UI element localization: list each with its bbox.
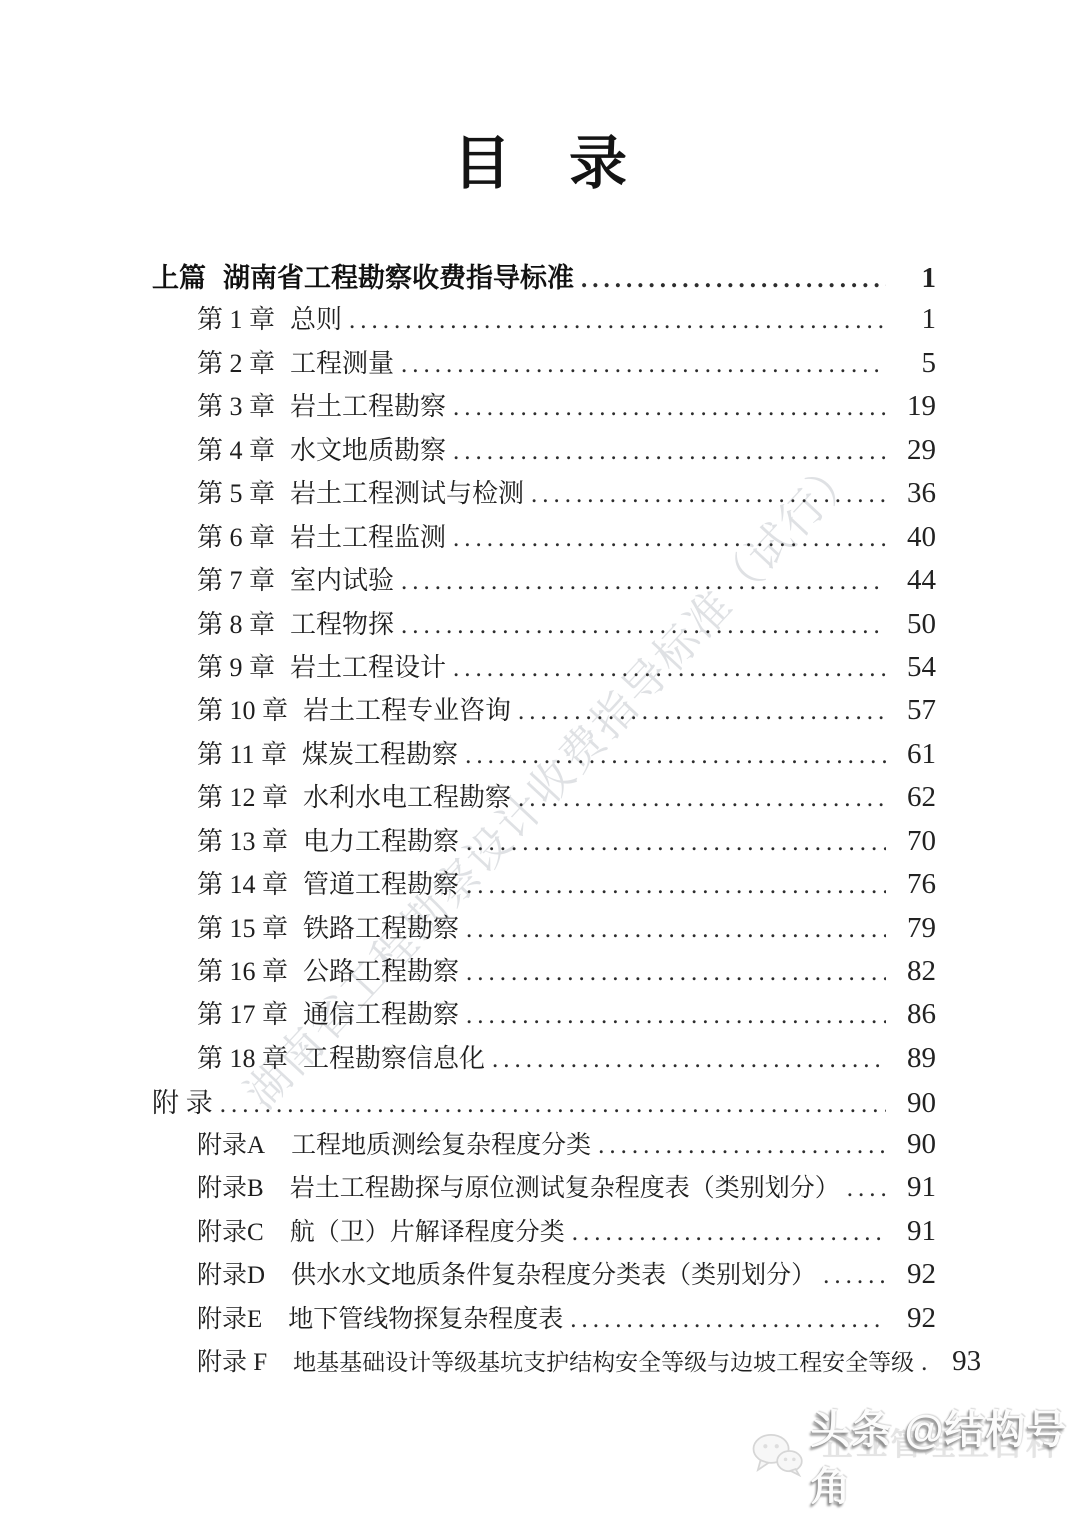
toc-entry-prefix: 附录A — [197, 1125, 265, 1161]
toc-entry-prefix: 第 14 章 — [197, 864, 288, 901]
toc-entry-title: 水利水电工程勘察 — [303, 777, 511, 814]
dot-leader — [466, 959, 886, 987]
badge-row: 头条 @结构号角 — [750, 1398, 1072, 1512]
dot-leader — [823, 1262, 886, 1290]
dot-leader — [401, 351, 886, 379]
toc-entry-prefix: 附录D — [197, 1255, 265, 1291]
toc-entry-page: 91 — [894, 1215, 936, 1248]
toc-entry-page: 76 — [894, 868, 936, 901]
toc-entry-title: 煤炭工程勘察 — [302, 734, 458, 771]
badge-text: 头条 @结构号角 — [810, 1398, 1072, 1512]
dot-leader — [570, 1306, 886, 1334]
toc-entry-prefix: 附录E — [197, 1299, 262, 1335]
toc-entry-title: 工程地质测绘复杂程度分类 — [291, 1125, 591, 1161]
toc-entry-prefix: 附录B — [197, 1168, 264, 1204]
toc-entry-title: 总则 — [290, 299, 342, 336]
toc-entry-prefix: 第 5 章 — [197, 473, 275, 510]
toc-entry-page: 29 — [894, 434, 936, 467]
dot-leader — [349, 307, 886, 335]
toc-entry-page: 1 — [894, 262, 936, 295]
toc-entry: 第 6 章 岩土工程监测 40 — [152, 517, 936, 560]
toc-entry: 附录B 岩土工程勘探与原位测试复杂程度表（类别划分） 91 — [152, 1168, 936, 1211]
toc-entry-prefix: 第 4 章 — [197, 430, 275, 467]
dot-leader — [401, 612, 886, 640]
toc-entry-title: 岩土工程测试与检测 — [290, 473, 524, 510]
dot-leader — [598, 1132, 886, 1160]
toc-entry-prefix: 附录C — [197, 1212, 264, 1248]
toc-entry-title: 岩土工程监测 — [290, 517, 446, 554]
toc-entry: 第 1 章 总则 1 — [152, 299, 936, 342]
dot-leader — [220, 1091, 886, 1119]
toc-entry-page: 82 — [894, 955, 936, 988]
dot-leader — [453, 655, 886, 683]
toc-entry-title: 岩土工程勘察 — [290, 386, 446, 423]
toc-entry: 第 15 章 铁路工程勘察 79 — [152, 908, 936, 951]
toc-entry: 第 9 章 岩土工程设计 54 — [152, 647, 936, 690]
dot-leader — [401, 568, 886, 596]
toc-entry-prefix: 第 3 章 — [197, 386, 275, 423]
dot-leader — [492, 1046, 886, 1074]
toc-entry-prefix: 第 18 章 — [197, 1038, 288, 1075]
toc-entry-prefix: 附 录 — [152, 1081, 213, 1120]
toc-entry-title: 岩土工程专业咨询 — [303, 690, 511, 727]
dot-leader — [572, 1219, 886, 1247]
toc-entry-title: 供水水文地质条件复杂程度分类表（类别划分） — [291, 1255, 816, 1291]
toc-entry-page: 1 — [894, 303, 936, 336]
dot-leader — [847, 1175, 886, 1203]
toc-entry: 附录A 工程地质测绘复杂程度分类 90 — [152, 1125, 936, 1168]
toc-list: 上篇 湖南省工程勘察收费指导标准 1 第 1 章 总则 1 第 2 章 工程测量… — [152, 256, 936, 1385]
toc-entry-page: 57 — [894, 694, 936, 727]
toc-entry-prefix: 第 7 章 — [197, 560, 275, 597]
dot-leader — [466, 872, 886, 900]
toc-entry-prefix: 第 17 章 — [197, 994, 288, 1031]
toc-entry: 附录 F 地基基础设计等级基坑支护结构安全等级与边坡工程安全等级 93 — [152, 1342, 936, 1385]
toc-entry: 第 12 章 水利水电工程勘察 62 — [152, 777, 936, 820]
toc-entry: 第 11 章 煤炭工程勘察 61 — [152, 734, 936, 777]
toc-entry: 附录D 供水水文地质条件复杂程度分类表（类别划分） 92 — [152, 1255, 936, 1298]
toc-entry-prefix: 第 6 章 — [197, 517, 275, 554]
toc-entry-title: 室内试验 — [290, 560, 394, 597]
wechat-icon — [750, 1429, 804, 1481]
toc-entry-prefix: 上篇 — [152, 256, 206, 295]
toc-entry-page: 90 — [894, 1087, 936, 1120]
toc-entry: 第 8 章 工程物探 50 — [152, 604, 936, 647]
toc-entry: 第 3 章 岩土工程勘察 19 — [152, 386, 936, 429]
toc-entry-prefix: 第 15 章 — [197, 908, 288, 945]
toc-entry: 第 4 章 水文地质勘察 29 — [152, 430, 936, 473]
toc-entry: 第 7 章 室内试验 44 — [152, 560, 936, 603]
toc-entry: 附录C 航（卫）片解译程度分类 91 — [152, 1212, 936, 1255]
toc-entry-prefix: 第 10 章 — [197, 690, 288, 727]
dot-leader — [453, 438, 886, 466]
toc-entry-page: 5 — [894, 347, 936, 380]
toc-entry: 第 10 章 岩土工程专业咨询 57 — [152, 690, 936, 733]
dot-leader — [466, 1002, 886, 1030]
toc-entry-title: 地基基础设计等级基坑支护结构安全等级与边坡工程安全等级 — [293, 1344, 914, 1377]
dot-leader — [466, 829, 886, 857]
toc-entry-title: 工程物探 — [290, 604, 394, 641]
toc-entry-title: 工程测量 — [290, 343, 394, 380]
toc-entry-page: 90 — [894, 1128, 936, 1161]
toc-entry-prefix: 第 11 章 — [197, 734, 287, 771]
toc-entry-prefix: 第 12 章 — [197, 777, 288, 814]
document-page: 湖南省工程勘察设计收费指导标准（试行） 目 录 上篇 湖南省工程勘察收费指导标准… — [0, 0, 1080, 1528]
toc-entry-title: 电力工程勘察 — [303, 821, 459, 858]
toc-entry-title: 管道工程勘察 — [303, 864, 459, 901]
toc-entry-page: 54 — [894, 651, 936, 684]
toc-entry-page: 61 — [894, 738, 936, 771]
toc-entry-title: 工程勘察信息化 — [303, 1038, 485, 1075]
source-badge: 企业管理上百科 头条 @结构号角 — [750, 1413, 1080, 1528]
toc-entry-title: 岩土工程设计 — [290, 647, 446, 684]
toc-entry-page: 40 — [894, 521, 936, 554]
dot-leader — [921, 1349, 931, 1377]
dot-leader — [518, 785, 886, 813]
toc-entry-title: 地下管线物探复杂程度表 — [288, 1299, 563, 1335]
toc-entry-page: 92 — [894, 1258, 936, 1291]
toc-entry-title: 铁路工程勘察 — [303, 908, 459, 945]
toc-entry-page: 91 — [894, 1171, 936, 1204]
toc-entry-page: 62 — [894, 781, 936, 814]
toc-entry-page: 86 — [894, 998, 936, 1031]
dot-leader — [453, 525, 886, 553]
toc-entry: 附录E 地下管线物探复杂程度表 92 — [152, 1299, 936, 1342]
toc-entry-page: 79 — [894, 912, 936, 945]
toc-entry-title: 水文地质勘察 — [290, 430, 446, 467]
toc-entry: 上篇 湖南省工程勘察收费指导标准 1 — [152, 256, 936, 299]
toc-entry-title: 公路工程勘察 — [303, 951, 459, 988]
dot-leader — [453, 394, 886, 422]
toc-entry-title: 岩土工程勘探与原位测试复杂程度表（类别划分） — [290, 1168, 840, 1204]
toc-entry: 第 16 章 公路工程勘察 82 — [152, 951, 936, 994]
toc-entry-prefix: 第 9 章 — [197, 647, 275, 684]
toc-entry: 第 18 章 工程勘察信息化 89 — [152, 1038, 936, 1081]
toc-entry: 第 14 章 管道工程勘察 76 — [152, 864, 936, 907]
toc-entry-page: 93 — [939, 1345, 981, 1378]
toc-entry-prefix: 第 13 章 — [197, 821, 288, 858]
toc-entry-page: 44 — [894, 564, 936, 597]
toc-entry: 第 13 章 电力工程勘察 70 — [152, 821, 936, 864]
toc-entry-title: 航（卫）片解译程度分类 — [290, 1212, 565, 1248]
toc-entry: 第 5 章 岩土工程测试与检测 36 — [152, 473, 936, 516]
dot-leader — [466, 916, 886, 944]
toc-entry-prefix: 第 16 章 — [197, 951, 288, 988]
toc-entry-page: 89 — [894, 1042, 936, 1075]
toc-entry-page: 92 — [894, 1302, 936, 1335]
toc-entry: 第 2 章 工程测量 5 — [152, 343, 936, 386]
toc-entry-prefix: 第 2 章 — [197, 343, 275, 380]
page-title: 目 录 — [0, 132, 1080, 196]
dot-leader — [465, 742, 886, 770]
toc-entry-page: 50 — [894, 608, 936, 641]
dot-leader — [518, 698, 886, 726]
toc-entry-prefix: 第 1 章 — [197, 299, 275, 336]
toc-entry: 附 录 90 — [152, 1081, 936, 1124]
toc-entry-prefix: 附录 F — [197, 1342, 267, 1378]
dot-leader — [581, 266, 886, 294]
toc-entry-page: 36 — [894, 477, 936, 510]
toc-entry: 第 17 章 通信工程勘察 86 — [152, 994, 936, 1037]
toc-entry-title: 湖南省工程勘察收费指导标准 — [223, 256, 574, 295]
toc-entry-prefix: 第 8 章 — [197, 604, 275, 641]
toc-entry-page: 70 — [894, 825, 936, 858]
toc-entry-title: 通信工程勘察 — [303, 994, 459, 1031]
dot-leader — [531, 481, 886, 509]
toc-entry-page: 19 — [894, 390, 936, 423]
